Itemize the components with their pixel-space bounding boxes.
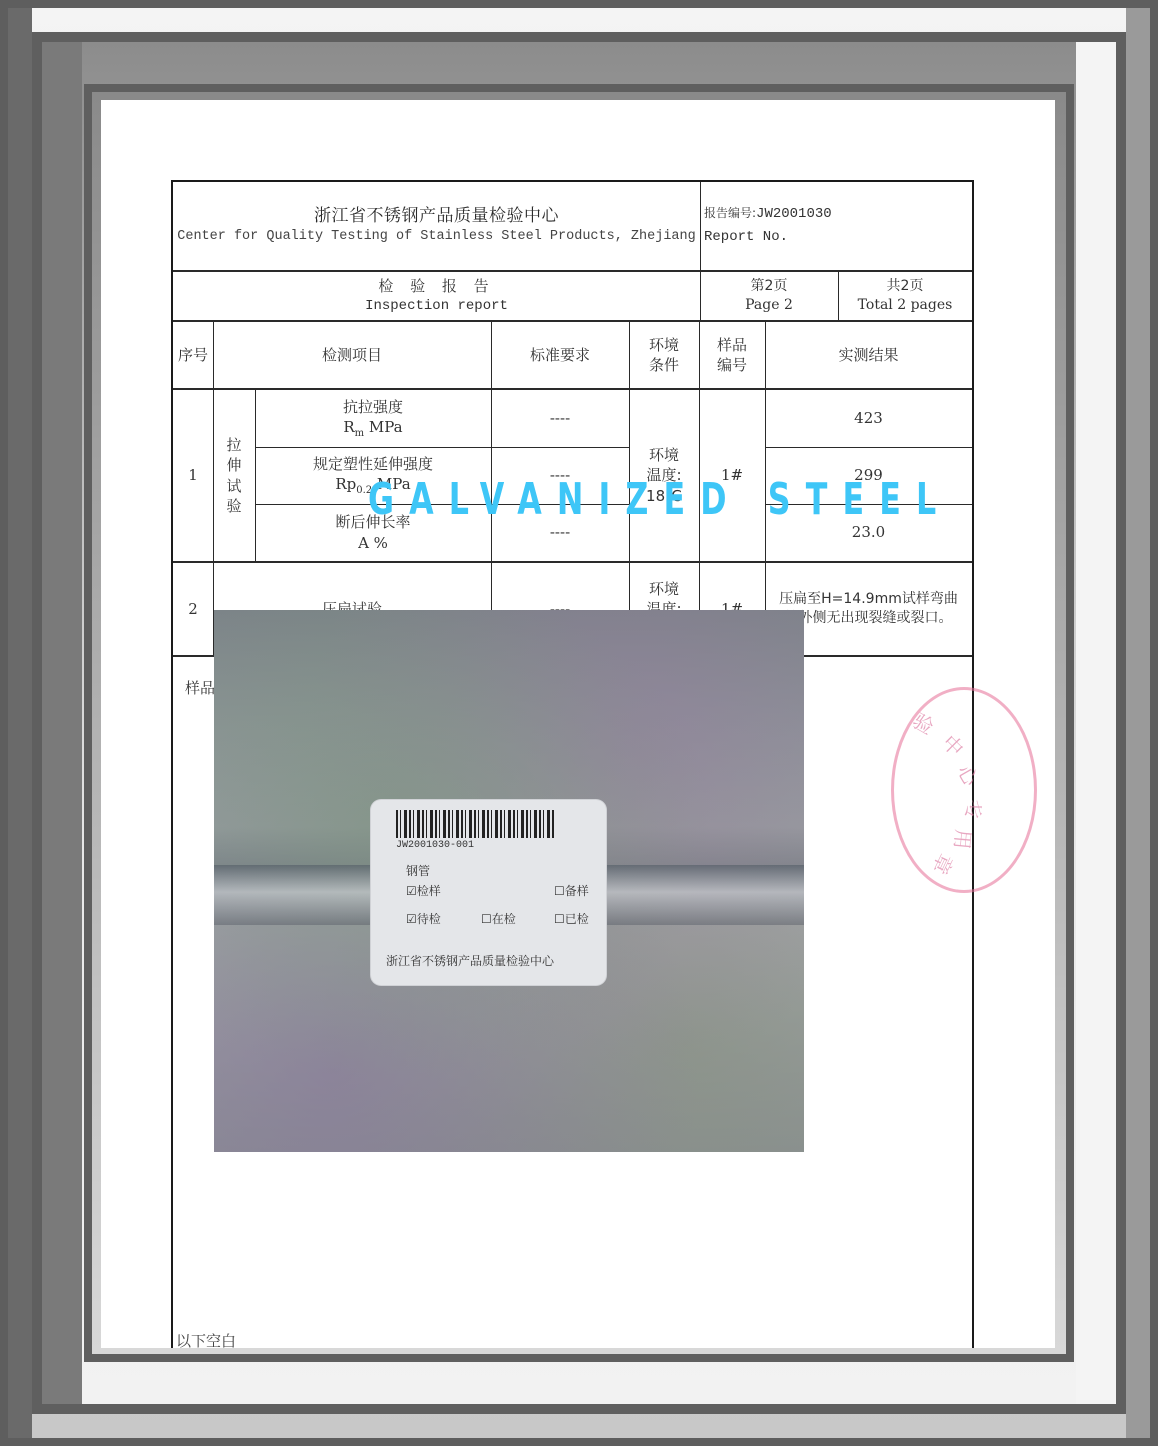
stamp-char: 章: [927, 849, 962, 879]
result-value: 423: [765, 390, 972, 447]
org-name-en: Center for Quality Testing of Stainless …: [177, 228, 695, 246]
col-env-line2: 条件: [649, 355, 679, 375]
watermark-text: GALVANIZED STEEL: [368, 474, 951, 525]
sticker-code: JW2001030-001: [396, 840, 474, 851]
official-stamp: 验 中 心 专 用 章: [891, 687, 1037, 893]
doc-type-cell: 检 验 报 告 Inspection report: [173, 272, 700, 320]
sample-photo: JW2001030-001 钢管 ☑检样 ☐备样 ☑待检 ☐在检 ☐已检 浙江省…: [214, 610, 804, 1152]
stamp-char: 心: [951, 759, 986, 791]
col-env-line1: 环境: [649, 335, 679, 355]
check-sample: ☑检样: [406, 882, 441, 899]
report-page: 浙江省不锈钢产品质量检验中心 Center for Quality Testin…: [101, 100, 1055, 1348]
backup-sample: ☐备样: [554, 882, 589, 899]
item-unit: A %: [358, 533, 388, 553]
report-no-cell: 报告编号:JW2001030 Report No.: [704, 182, 972, 270]
sample-label-sticker: JW2001030-001 钢管 ☑检样 ☐备样 ☑待检 ☐在检 ☐已检 浙江省…: [371, 800, 606, 985]
total-en: Total 2 pages: [858, 296, 953, 315]
col-env: 环境 条件: [629, 322, 699, 388]
item-name: 规定塑性延伸强度: [313, 454, 433, 474]
header-row: 浙江省不锈钢产品质量检验中心 Center for Quality Testin…: [173, 182, 972, 272]
in-test: ☐在检: [481, 910, 516, 927]
sub-row: 抗拉强度 Rm MPa ----: [255, 390, 629, 448]
doc-type-cn: 检 验 报 告: [378, 276, 494, 296]
row-no: 1: [173, 390, 213, 561]
group-label: 拉 伸 试 验: [213, 390, 255, 561]
col-sample-line1: 样品: [717, 335, 747, 355]
env-line: 环境: [649, 579, 679, 599]
page-en: Page 2: [745, 296, 793, 315]
group-char: 验: [226, 496, 241, 516]
result-line: 压扁至H=14.9mm试样弯曲: [779, 590, 958, 609]
tested: ☐已检: [554, 910, 589, 927]
standard-value: ----: [491, 390, 629, 447]
col-item: 检测项目: [213, 322, 491, 388]
page-cell: 第2页 Page 2: [700, 272, 838, 320]
report-no-label-cn: 报告编号:: [704, 206, 756, 220]
sticker-name: 钢管: [406, 862, 430, 879]
report-no: JW2001030: [756, 206, 832, 222]
sticker-issuer: 浙江省不锈钢产品质量检验中心: [386, 952, 554, 969]
doc-type-en: Inspection report: [365, 297, 508, 316]
row-no: 2: [173, 563, 213, 655]
doc-type-row: 检 验 报 告 Inspection report 第2页 Page 2 共2页…: [173, 272, 972, 322]
footer-note: 以下空白: [176, 1330, 236, 1348]
pending: ☑待检: [406, 910, 441, 927]
stamp-char: 中: [937, 727, 972, 762]
col-sample-line2: 编号: [717, 355, 747, 375]
item-name: 抗拉强度: [343, 397, 403, 417]
barcode-icon: [396, 810, 556, 838]
org-name-cn: 浙江省不锈钢产品质量检验中心: [314, 205, 559, 228]
stamp-char: 专: [957, 796, 990, 823]
total-cn: 共2页: [887, 277, 924, 296]
page-cn: 第2页: [751, 277, 788, 296]
col-standard: 标准要求: [491, 322, 629, 388]
org-cell: 浙江省不锈钢产品质量检验中心 Center for Quality Testin…: [173, 182, 700, 270]
item-unit: Rm MPa: [343, 417, 402, 441]
group-char: 拉: [226, 435, 241, 455]
total-pages-cell: 共2页 Total 2 pages: [838, 272, 972, 320]
report-no-label-en: Report No.: [704, 228, 788, 247]
item-name-cell: 抗拉强度 Rm MPa: [255, 390, 491, 447]
col-sample: 样品 编号: [699, 322, 765, 388]
result-line: 处外侧无出现裂缝或裂口。: [785, 609, 953, 628]
col-no: 序号: [173, 322, 213, 388]
col-result: 实测结果: [765, 322, 972, 388]
stamp-char: 用: [949, 828, 980, 850]
env-line: 环境: [649, 445, 679, 465]
group-char: 伸: [226, 455, 241, 475]
column-header-row: 序号 检测项目 标准要求 环境 条件 样品 编号 实测结果: [173, 322, 972, 390]
group-char: 试: [226, 476, 241, 496]
